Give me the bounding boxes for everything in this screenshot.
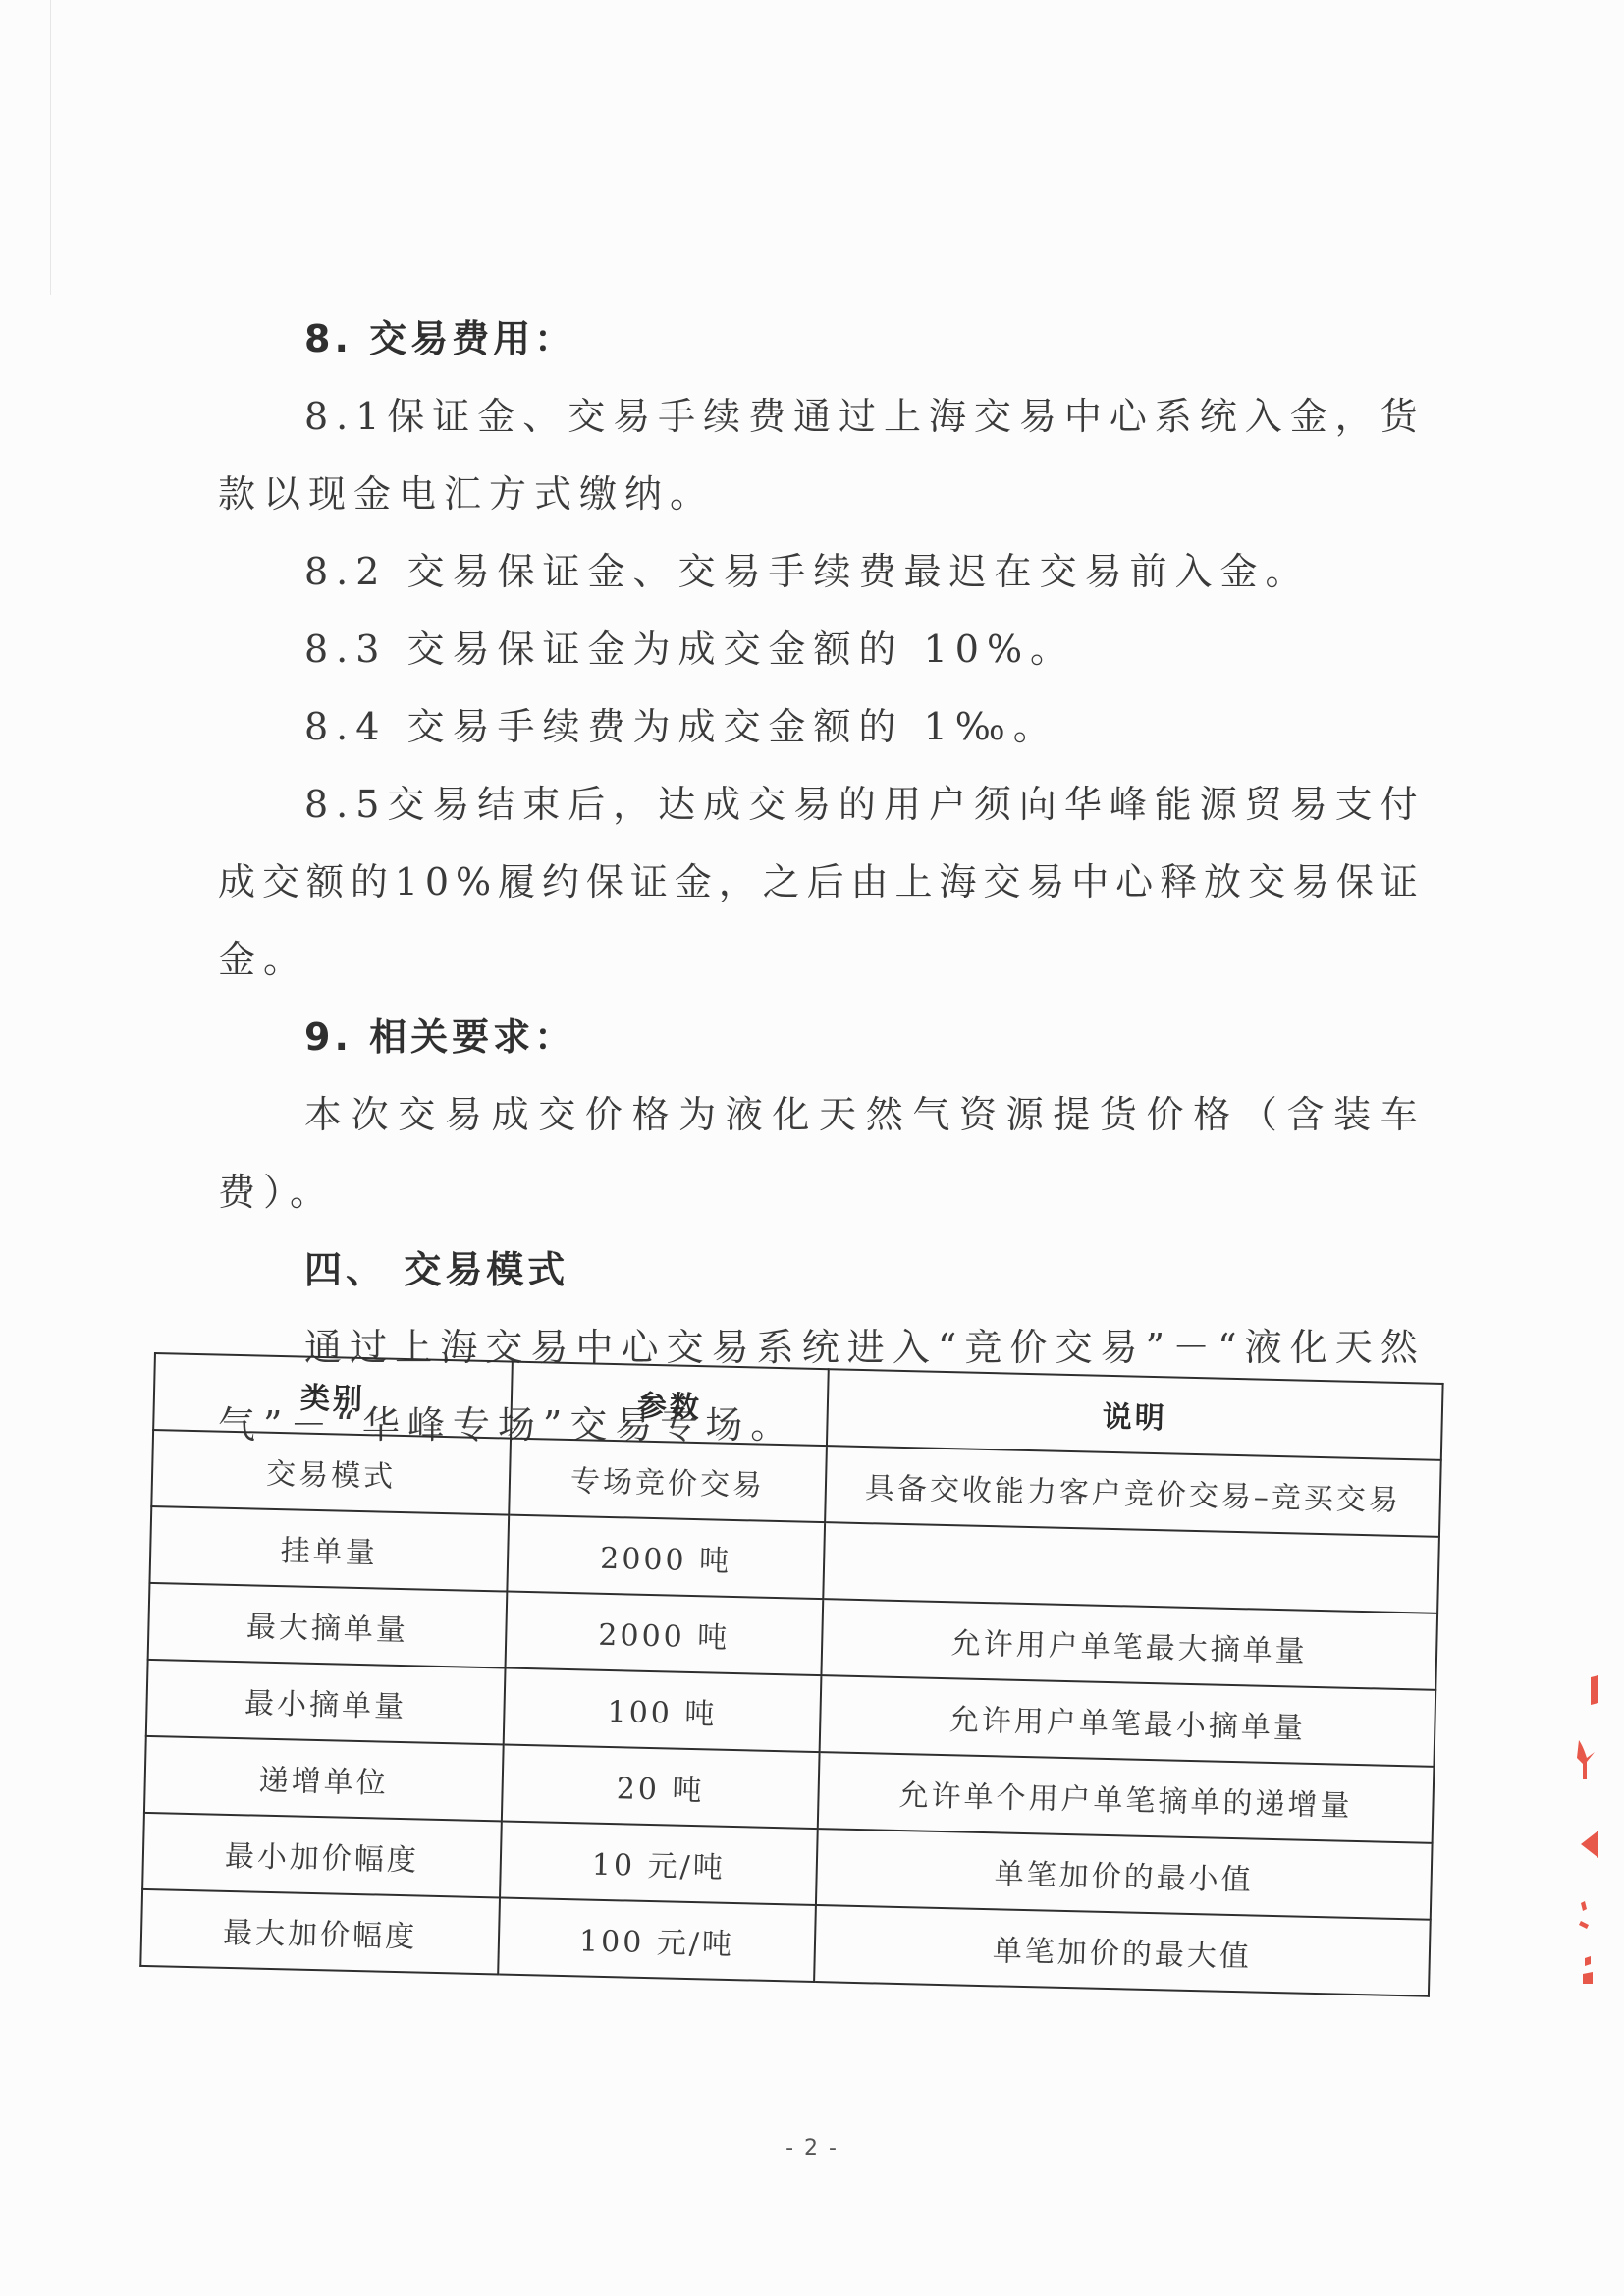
paragraph-8-5-line-1: 8.5交易结束后，达成交易的用户须向华峰能源贸易支付 <box>218 766 1418 844</box>
cell-description: 允许用户单笔最大摘单量 <box>821 1599 1437 1690</box>
cell-description: 允许用户单笔最小摘单量 <box>820 1675 1436 1767</box>
cell-parameter: 100 元/吨 <box>498 1897 816 1982</box>
cell-description <box>823 1522 1439 1613</box>
paragraph-9-line-2: 费）。 <box>218 1154 1418 1231</box>
trading-parameters-table: 类别 参数 说明 交易模式 专场竞价交易 具备交收能力客户竞价交易–竞买交易 挂… <box>139 1352 1443 1997</box>
paragraph-8-4: 8.4 交易手续费为成交金额的 1‰。 <box>218 688 1418 766</box>
cell-category: 最大加价幅度 <box>140 1889 500 1975</box>
paragraph-8-2: 8.2 交易保证金、交易手续费最迟在交易前入金。 <box>218 533 1418 611</box>
cell-category: 最小加价幅度 <box>142 1813 502 1898</box>
red-seal-stamp-edge-icon <box>1565 1630 1604 1984</box>
page-number: - 2 - <box>0 2136 1624 2160</box>
cell-category: 最大摘单量 <box>148 1583 508 1668</box>
cell-description: 允许单个用户单笔摘单的递增量 <box>818 1752 1435 1843</box>
cell-category: 递增单位 <box>144 1736 504 1822</box>
document-page: 8. 交易费用： 8.1保证金、交易手续费通过上海交易中心系统入金，货 款以现金… <box>0 0 1624 2296</box>
section-heading-trading-mode: 四、 交易模式 <box>218 1231 1418 1309</box>
header-description: 说明 <box>827 1369 1443 1460</box>
cell-parameter: 2000 吨 <box>506 1592 824 1676</box>
paragraph-8-5-line-3: 金。 <box>218 921 1418 999</box>
cell-description: 单笔加价的最小值 <box>816 1829 1433 1920</box>
scan-artifact-line <box>50 0 51 295</box>
parameters-table-wrapper: 类别 参数 说明 交易模式 专场竞价交易 具备交收能力客户竞价交易–竞买交易 挂… <box>139 1352 1441 1997</box>
cell-parameter: 10 元/吨 <box>500 1821 818 1905</box>
cell-parameter: 2000 吨 <box>507 1515 825 1600</box>
cell-description: 具备交收能力客户竞价交易–竞买交易 <box>825 1446 1441 1537</box>
paragraph-8-3: 8.3 交易保证金为成交金额的 10%。 <box>218 611 1418 688</box>
paragraph-8-5-line-2: 成交额的10%履约保证金，之后由上海交易中心释放交易保证 <box>218 844 1418 921</box>
cell-category: 挂单量 <box>149 1506 509 1592</box>
cell-description: 单笔加价的最大值 <box>814 1905 1431 1996</box>
section-heading-requirements: 9. 相关要求： <box>218 999 1418 1076</box>
header-parameter: 参数 <box>511 1362 829 1447</box>
header-category: 类别 <box>153 1353 513 1439</box>
paragraph-8-1-line-2: 款以现金电汇方式缴纳。 <box>218 456 1418 533</box>
cell-category: 交易模式 <box>151 1430 511 1515</box>
section-heading-fees: 8. 交易费用： <box>218 301 1418 378</box>
paragraph-8-1-line-1: 8.1保证金、交易手续费通过上海交易中心系统入金，货 <box>218 378 1418 456</box>
paragraph-9-line-1: 本次交易成交价格为液化天然气资源提货价格（含装车 <box>218 1076 1418 1154</box>
cell-parameter: 20 吨 <box>502 1744 820 1829</box>
cell-category: 最小摘单量 <box>146 1660 506 1745</box>
cell-parameter: 专场竞价交易 <box>509 1439 827 1523</box>
body-text: 8. 交易费用： 8.1保证金、交易手续费通过上海交易中心系统入金，货 款以现金… <box>218 301 1418 1464</box>
cell-parameter: 100 吨 <box>504 1668 822 1753</box>
